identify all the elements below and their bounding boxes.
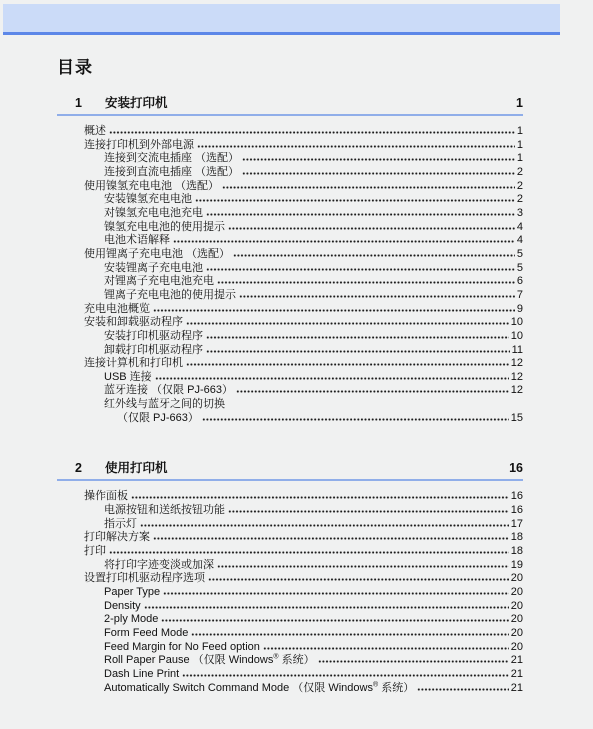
page-title: 目录 [57, 56, 523, 80]
entry-page-number: 2 [517, 180, 523, 194]
entry-title: 打印解决方案 [84, 531, 150, 545]
entry-page-number: 1 [517, 125, 523, 139]
entry-title: 连接打印机到外部电源 [84, 139, 194, 153]
dot-leader [236, 390, 509, 393]
entry-title: 操作面板 [84, 490, 128, 504]
entry-page-number: 10 [511, 330, 523, 344]
dot-leader [191, 633, 508, 636]
toc-entry[interactable]: 安装和卸载驱动程序10 [57, 316, 523, 330]
chapter-section: 1安装打印机1概述1连接打印机到外部电源1连接到交流电插座 （选配）1连接到直流… [57, 93, 523, 425]
entry-title: 锂离子充电电池的使用提示 [104, 289, 236, 303]
dot-leader [131, 496, 509, 499]
entry-title: 使用镍氢充电电池 （选配） [84, 180, 219, 194]
toc-entry[interactable]: 连接到交流电插座 （选配）1 [57, 152, 523, 166]
dot-leader [233, 254, 515, 257]
entry-title: 对锂离子充电电池充电 [104, 275, 214, 289]
entry-title: 镍氢充电电池的使用提示 [104, 221, 225, 235]
entry-title: 电源按钮和送纸按钮功能 [104, 504, 225, 518]
entry-title: 概述 [84, 125, 106, 139]
dot-leader [228, 227, 515, 230]
dot-leader [197, 145, 515, 148]
dot-leader [173, 240, 515, 243]
entry-page-number: 12 [511, 371, 523, 385]
toc-entry[interactable]: Automatically Switch Command Mode （仅限 Wi… [57, 682, 523, 696]
chapter-title: 安装打印机 [105, 93, 168, 111]
toc-entry[interactable]: 对镍氢充电电池充电3 [57, 207, 523, 221]
dot-leader [217, 565, 509, 568]
entry-title: 充电电池概览 [84, 303, 150, 317]
dot-leader [144, 606, 509, 609]
dot-leader [186, 363, 509, 366]
toc-entry[interactable]: 使用锂离子充电电池 （选配）5 [57, 248, 523, 262]
dot-leader [206, 350, 510, 353]
dot-leader [206, 268, 515, 271]
entry-page-number: 4 [517, 221, 523, 235]
chapter-page-number: 16 [509, 461, 523, 475]
entry-title: 将打印字迹变淡或加深 [104, 559, 214, 573]
chapter-number: 2 [57, 461, 105, 475]
entry-page-number: 20 [511, 600, 523, 614]
toc-entry[interactable]: Paper Type20 [57, 586, 523, 600]
entry-page-number: 12 [511, 357, 523, 371]
entry-title: 电池术语解释 [104, 234, 170, 248]
toc-entry[interactable]: 操作面板16 [57, 490, 523, 504]
toc-entry[interactable]: 2-ply Mode20 [57, 613, 523, 627]
entry-page-number: 19 [511, 559, 523, 573]
toc-entry[interactable]: 红外线与蓝牙之间的切换 [57, 398, 523, 412]
dot-leader [242, 172, 515, 175]
entry-page-number: 20 [511, 627, 523, 641]
toc-entry[interactable]: 将打印字迹变淡或加深19 [57, 559, 523, 573]
entry-page-number: 16 [511, 504, 523, 518]
toc-entry[interactable]: 连接计算机和打印机12 [57, 357, 523, 371]
dot-leader [109, 131, 515, 134]
entry-page-number: 9 [517, 303, 523, 317]
entry-title: 连接计算机和打印机 [84, 357, 183, 371]
entry-page-number: 20 [511, 613, 523, 627]
entry-page-number: 10 [511, 316, 523, 330]
entry-title: Feed Margin for No Feed option [104, 641, 260, 655]
entry-title: Density [104, 600, 141, 614]
entry-title: 红外线与蓝牙之间的切换 [104, 398, 225, 412]
dot-leader [417, 688, 509, 691]
dot-leader [195, 199, 515, 202]
entry-page-number: 11 [512, 344, 523, 358]
chapter-page-number: 1 [516, 96, 523, 110]
entry-page-number: 20 [511, 641, 523, 655]
entry-title: 2-ply Mode [104, 613, 158, 627]
dot-leader [206, 213, 515, 216]
toc-entry[interactable]: Roll Paper Pause （仅限 Windows® 系统）21 [57, 654, 523, 668]
entry-page-number: 21 [511, 654, 523, 668]
toc-entry[interactable]: 打印解决方案18 [57, 531, 523, 545]
dot-leader [153, 537, 509, 540]
dot-leader [163, 592, 509, 595]
toc-entry[interactable]: 锂离子充电电池的使用提示7 [57, 289, 523, 303]
entry-page-number: 15 [511, 412, 523, 426]
toc-entry[interactable]: USB 连接12 [57, 371, 523, 385]
entry-title: 连接到交流电插座 （选配） [104, 152, 239, 166]
entry-list: 概述1连接打印机到外部电源1连接到交流电插座 （选配）1连接到直流电插座 （选配… [57, 125, 523, 425]
toc-entry[interactable]: 电源按钮和送纸按钮功能16 [57, 504, 523, 518]
dot-leader [239, 295, 515, 298]
entry-page-number: 1 [517, 152, 523, 166]
entry-page-number: 16 [511, 490, 523, 504]
chapter-title: 使用打印机 [105, 458, 168, 476]
dot-leader [206, 336, 509, 339]
toc-entry[interactable]: 充电电池概览9 [57, 303, 523, 317]
entry-page-number: 20 [511, 586, 523, 600]
dot-leader [242, 158, 515, 161]
toc-entry[interactable]: Density20 [57, 600, 523, 614]
toc-entry[interactable]: 安装打印机驱动程序10 [57, 330, 523, 344]
chapter-section: 2使用打印机16操作面板16电源按钮和送纸按钮功能16指示灯17打印解决方案18… [57, 458, 523, 695]
entry-page-number: 12 [511, 384, 523, 398]
dot-leader [222, 186, 515, 189]
entry-title: 安装打印机驱动程序 [104, 330, 203, 344]
entry-title: 使用锂离子充电电池 （选配） [84, 248, 230, 262]
dot-leader [182, 674, 509, 677]
toc-entry[interactable]: 使用镍氢充电电池 （选配）2 [57, 180, 523, 194]
entry-page-number: 6 [517, 275, 523, 289]
entry-page-number: 2 [517, 193, 523, 207]
entry-title: 连接到直流电插座 （选配） [104, 166, 239, 180]
entry-page-number: 5 [517, 262, 523, 276]
entry-title: Paper Type [104, 586, 160, 600]
chapter-number: 1 [57, 96, 105, 110]
entry-title: （仅限 PJ-663） [117, 412, 199, 426]
entry-title: USB 连接 [104, 371, 152, 385]
entry-title: 安装镍氢充电电池 [104, 193, 192, 207]
toc-entry[interactable]: Feed Margin for No Feed option20 [57, 641, 523, 655]
entry-list: 操作面板16电源按钮和送纸按钮功能16指示灯17打印解决方案18打印18将打印字… [57, 490, 523, 695]
entry-title: Form Feed Mode [104, 627, 188, 641]
toc-entry[interactable]: 安装镍氢充电电池2 [57, 193, 523, 207]
entry-title: 对镍氢充电电池充电 [104, 207, 203, 221]
entry-page-number: 20 [511, 572, 523, 586]
toc-entry[interactable]: 设置打印机驱动程序选项20 [57, 572, 523, 586]
entry-page-number: 5 [517, 248, 523, 262]
entry-page-number: 7 [517, 289, 523, 303]
entry-page-number: 3 [517, 207, 523, 221]
entry-title: 设置打印机驱动程序选项 [84, 572, 205, 586]
dot-leader [155, 377, 509, 380]
entry-page-number: 1 [517, 139, 523, 153]
dot-leader [217, 281, 515, 284]
dot-leader [202, 418, 509, 421]
entry-page-number: 21 [511, 682, 523, 696]
entry-page-number: 21 [511, 668, 523, 682]
toc-entry[interactable]: 电池术语解释4 [57, 234, 523, 248]
entry-title: Dash Line Print [104, 668, 179, 682]
toc-entry[interactable]: 镍氢充电电池的使用提示4 [57, 221, 523, 235]
dot-leader [318, 660, 509, 663]
toc-entry[interactable]: 概述1 [57, 125, 523, 139]
toc-entry[interactable]: 卸载打印机驱动程序11 [57, 344, 523, 358]
toc-entry[interactable]: 指示灯17 [57, 518, 523, 532]
dot-leader [228, 510, 509, 513]
entry-page-number: 17 [511, 518, 523, 532]
dot-leader [153, 309, 515, 312]
entry-page-number: 4 [517, 234, 523, 248]
chapter-heading[interactable]: 1安装打印机1 [57, 93, 523, 116]
toc-entry[interactable]: Dash Line Print21 [57, 668, 523, 682]
entry-title: Roll Paper Pause （仅限 Windows® 系统） [104, 654, 315, 668]
dot-leader [263, 647, 509, 650]
toc-entry[interactable]: 打印18 [57, 545, 523, 559]
dot-leader [140, 524, 509, 527]
dot-leader [109, 551, 509, 554]
dot-leader [186, 322, 509, 325]
entry-title: Automatically Switch Command Mode （仅限 Wi… [104, 682, 414, 696]
toc-entry[interactable]: 蓝牙连接 （仅限 PJ-663）12 [57, 384, 523, 398]
chapter-heading[interactable]: 2使用打印机16 [57, 458, 523, 481]
toc-page: 目录 1安装打印机1概述1连接打印机到外部电源1连接到交流电插座 （选配）1连接… [57, 0, 523, 695]
toc-entry[interactable]: Form Feed Mode20 [57, 627, 523, 641]
dot-leader [208, 578, 509, 581]
entry-title: 安装和卸载驱动程序 [84, 316, 183, 330]
dot-leader [161, 619, 508, 622]
entry-title: 卸载打印机驱动程序 [104, 344, 203, 358]
entry-title: 打印 [84, 545, 106, 559]
toc: 1安装打印机1概述1连接打印机到外部电源1连接到交流电插座 （选配）1连接到直流… [57, 93, 523, 695]
toc-entry[interactable]: 对锂离子充电电池充电6 [57, 275, 523, 289]
toc-entry[interactable]: 安装锂离子充电电池5 [57, 262, 523, 276]
toc-entry[interactable]: （仅限 PJ-663）15 [57, 412, 523, 426]
entry-page-number: 18 [511, 545, 523, 559]
entry-title: 安装锂离子充电电池 [104, 262, 203, 276]
entry-title: 蓝牙连接 （仅限 PJ-663） [104, 384, 233, 398]
toc-entry[interactable]: 连接到直流电插座 （选配）2 [57, 166, 523, 180]
entry-page-number: 2 [517, 166, 523, 180]
toc-entry[interactable]: 连接打印机到外部电源1 [57, 139, 523, 153]
entry-title: 指示灯 [104, 518, 137, 532]
entry-page-number: 18 [511, 531, 523, 545]
